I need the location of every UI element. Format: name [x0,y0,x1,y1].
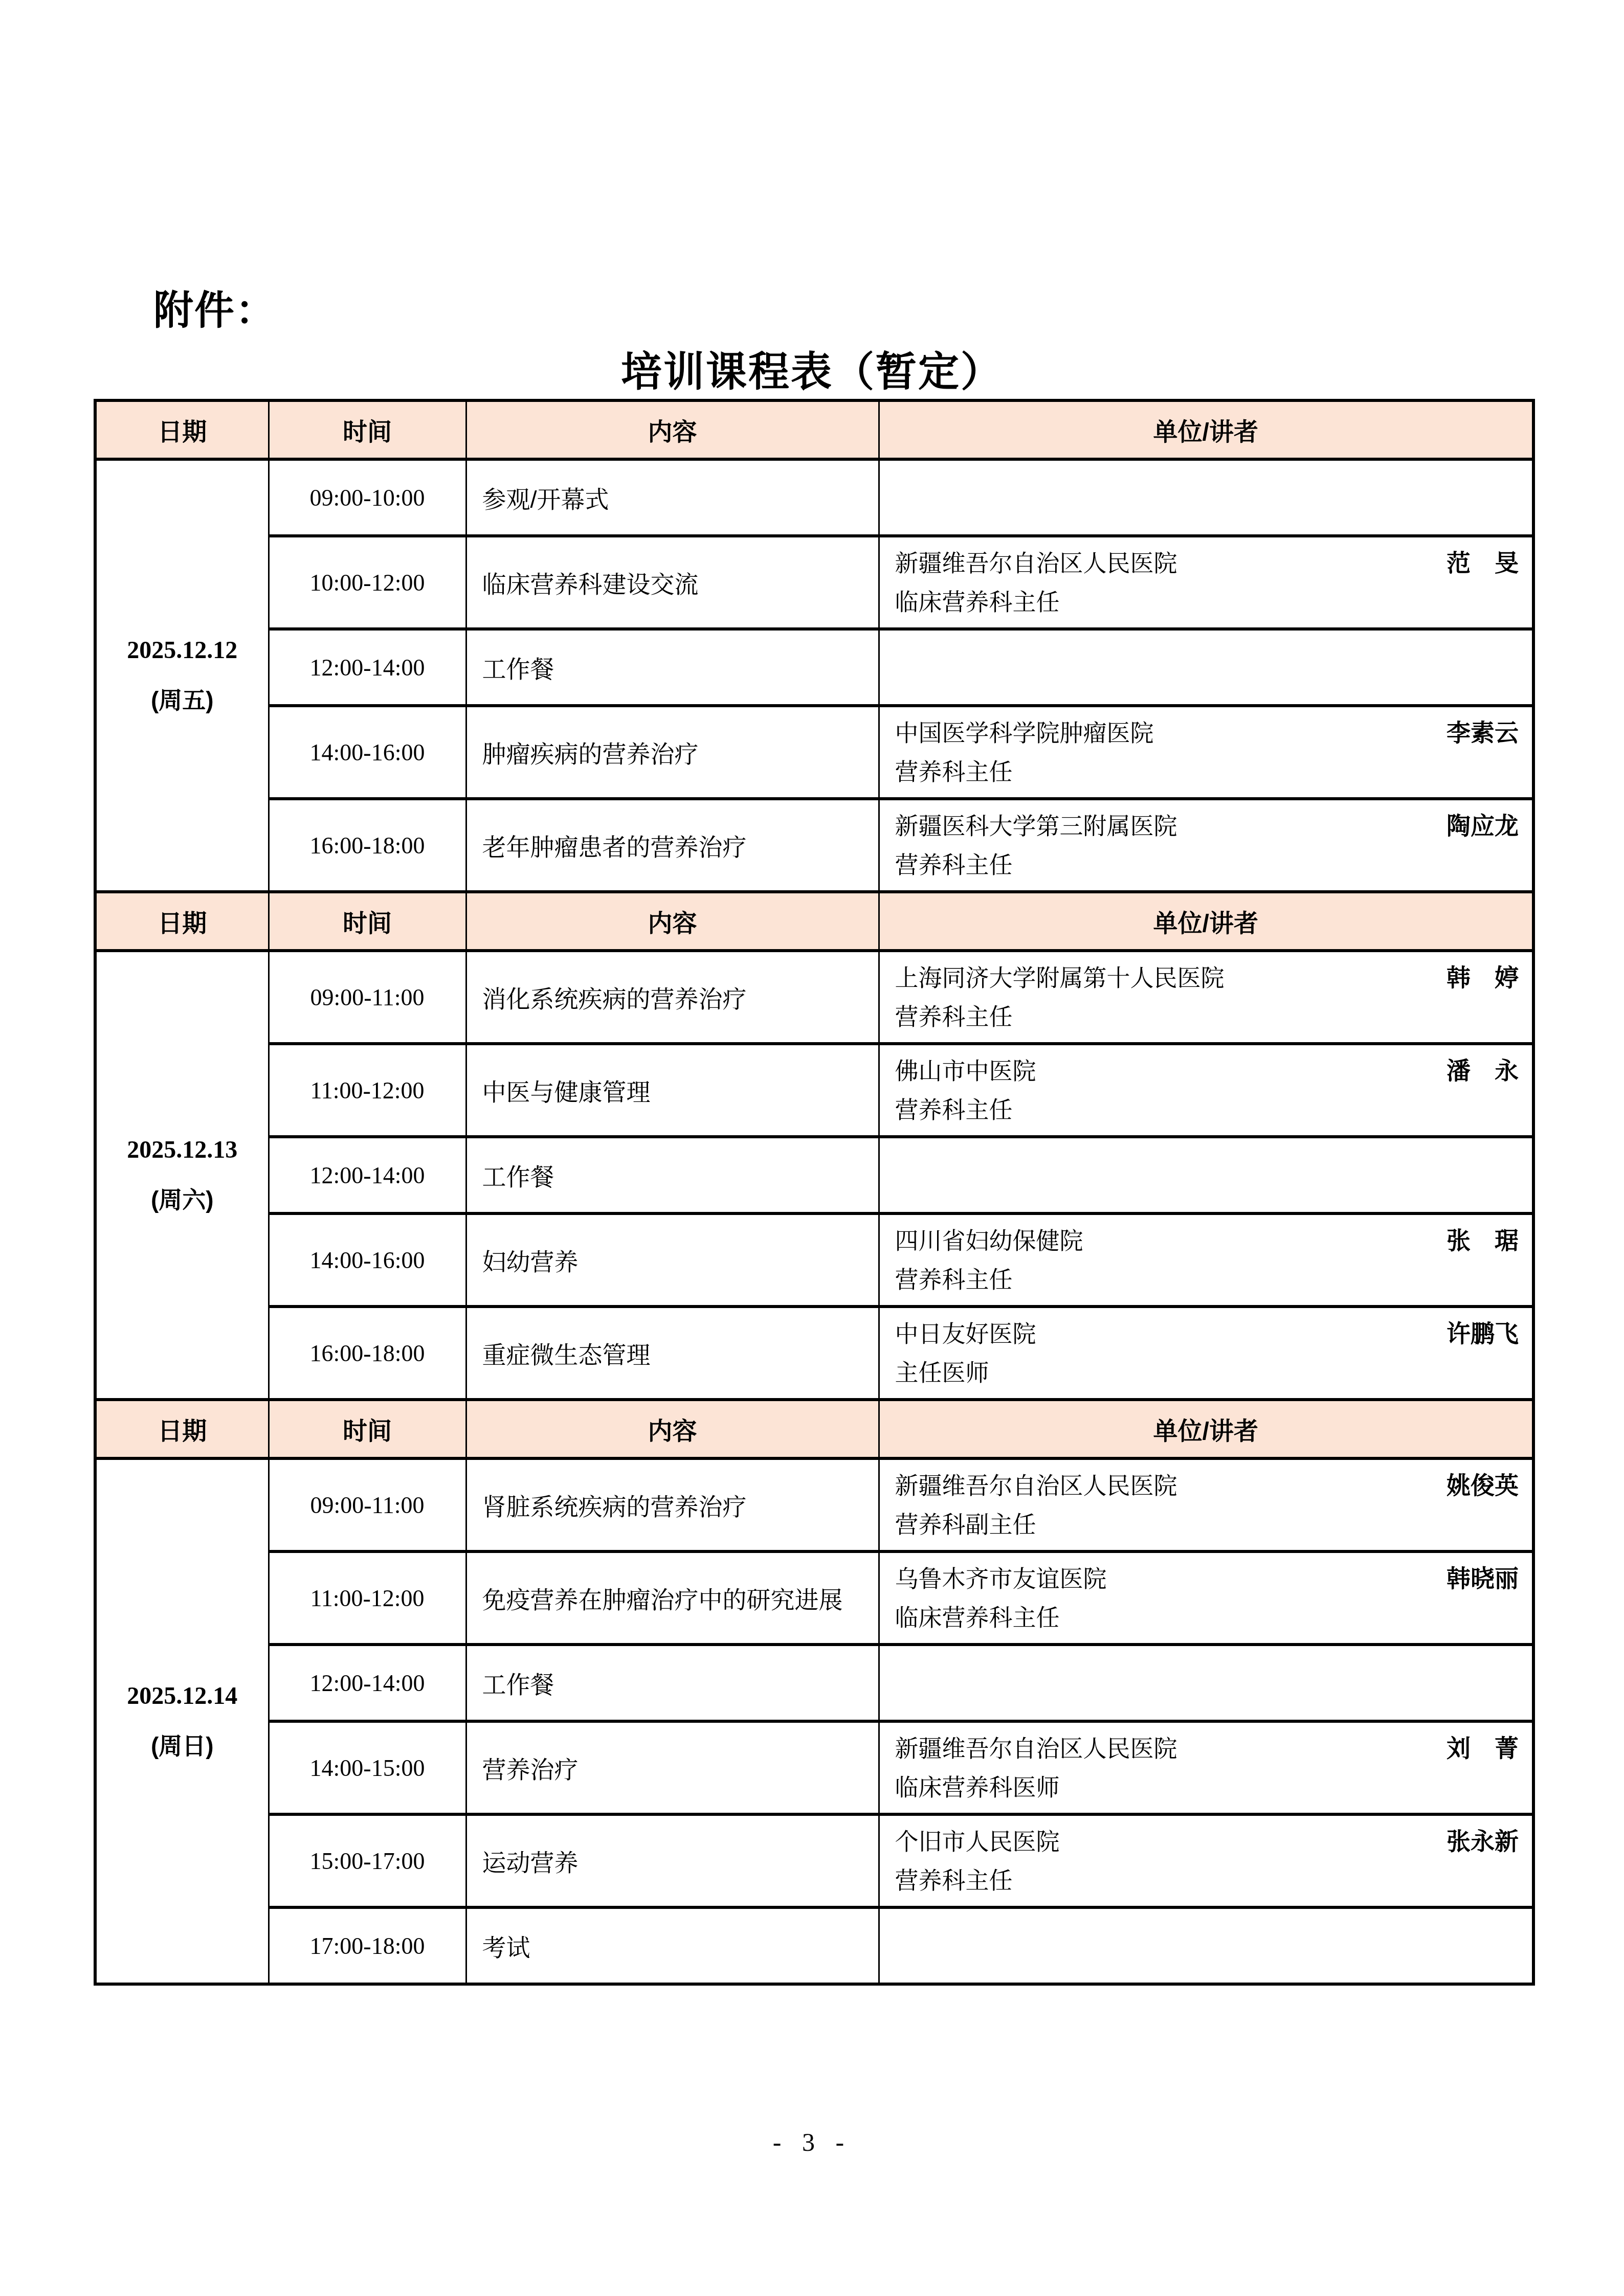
schedule-row: 12:00-14:00工作餐 [95,1645,1533,1721]
speaker-name: 姚俊英 [1447,1466,1519,1505]
org-name: 新疆维吾尔自治区人民医院 [895,544,1177,582]
content-cell: 消化系统疾病的营养治疗 [466,951,879,1044]
time-cell: 10:00-12:00 [269,536,466,629]
org-name: 中国医学科学院肿瘤医院 [895,713,1154,752]
org-speaker-cell: 个旧市人民医院张永新营养科主任 [879,1814,1533,1907]
header-cell-date: 日期 [95,892,269,951]
org-title: 营养科主任 [895,845,1519,884]
page-title: 培训课程表（暂定） [0,339,1624,397]
org-title: 营养科主任 [895,1260,1519,1299]
org-title: 临床营养科主任 [895,582,1519,621]
date-cell: 2025.12.12(周五) [95,459,269,892]
org-name: 乌鲁木齐市友谊医院 [895,1559,1107,1598]
schedule-row: 14:00-16:00妇幼营养四川省妇幼保健院张 琚营养科主任 [95,1213,1533,1307]
org-name: 新疆维吾尔自治区人民医院 [895,1729,1177,1768]
org-speaker-cell [879,1645,1533,1721]
speaker-name: 许鹏飞 [1447,1314,1519,1353]
speaker-name: 张永新 [1447,1822,1519,1861]
speaker-name: 刘 菁 [1447,1729,1519,1768]
org-name: 四川省妇幼保健院 [895,1221,1083,1260]
org-line: 上海同济大学附属第十人民医院韩 婷 [895,958,1519,997]
schedule-row: 16:00-18:00老年肿瘤患者的营养治疗新疆医科大学第三附属医院陶应龙营养科… [95,799,1533,892]
org-line: 新疆维吾尔自治区人民医院姚俊英 [895,1466,1519,1505]
time-cell: 14:00-16:00 [269,706,466,799]
time-cell: 12:00-14:00 [269,1645,466,1721]
speaker-name: 李素云 [1447,713,1519,752]
time-cell: 16:00-18:00 [269,1307,466,1400]
org-speaker-cell [879,459,1533,536]
org-speaker-cell [879,629,1533,706]
org-speaker-cell: 新疆维吾尔自治区人民医院刘 菁临床营养科医师 [879,1721,1533,1814]
org-title: 临床营养科主任 [895,1598,1519,1637]
content-cell: 工作餐 [466,629,879,706]
org-line: 新疆维吾尔自治区人民医院刘 菁 [895,1729,1519,1768]
content-cell: 免疫营养在肿瘤治疗中的研究进展 [466,1551,879,1645]
header-cell-time: 时间 [269,892,466,951]
schedule-row: 11:00-12:00免疫营养在肿瘤治疗中的研究进展乌鲁木齐市友谊医院韩晓丽临床… [95,1551,1533,1645]
content-cell: 中医与健康管理 [466,1044,879,1137]
speaker-name: 潘 永 [1447,1051,1519,1090]
schedule-header-row: 日期时间内容单位/讲者 [95,1400,1533,1458]
schedule-header-row: 日期时间内容单位/讲者 [95,892,1533,951]
org-speaker-cell: 中国医学科学院肿瘤医院李素云营养科主任 [879,706,1533,799]
speaker-name: 张 琚 [1447,1221,1519,1260]
schedule-row: 2025.12.13(周六)09:00-11:00消化系统疾病的营养治疗上海同济… [95,951,1533,1044]
date-text: 2025.12.14 [97,1682,268,1710]
header-cell-content: 内容 [466,892,879,951]
time-cell: 15:00-17:00 [269,1814,466,1907]
org-line: 个旧市人民医院张永新 [895,1822,1519,1861]
org-speaker-cell: 四川省妇幼保健院张 琚营养科主任 [879,1213,1533,1307]
header-cell-date: 日期 [95,1400,269,1458]
time-cell: 11:00-12:00 [269,1044,466,1137]
org-title: 营养科主任 [895,997,1519,1036]
org-title: 营养科主任 [895,1861,1519,1900]
header-cell-speaker: 单位/讲者 [879,892,1533,951]
date-text: 2025.12.12 [97,636,268,664]
speaker-name: 范 旻 [1447,544,1519,582]
content-cell: 工作餐 [466,1645,879,1721]
time-cell: 14:00-16:00 [269,1213,466,1307]
content-cell: 老年肿瘤患者的营养治疗 [466,799,879,892]
org-title: 临床营养科医师 [895,1768,1519,1807]
org-line: 中日友好医院许鹏飞 [895,1314,1519,1353]
attachment-label: 附件： [153,279,276,336]
date-cell: 2025.12.13(周六) [95,951,269,1400]
weekday-text: (周五) [97,682,268,715]
time-cell: 17:00-18:00 [269,1907,466,1984]
schedule-header-row: 日期时间内容单位/讲者 [95,400,1533,459]
schedule-row: 10:00-12:00临床营养科建设交流新疆维吾尔自治区人民医院范 旻临床营养科… [95,536,1533,629]
org-title: 营养科副主任 [895,1505,1519,1544]
org-speaker-cell: 新疆医科大学第三附属医院陶应龙营养科主任 [879,799,1533,892]
time-cell: 09:00-11:00 [269,951,466,1044]
time-cell: 09:00-10:00 [269,459,466,536]
header-cell-content: 内容 [466,1400,879,1458]
schedule-row: 17:00-18:00考试 [95,1907,1533,1984]
org-name: 新疆医科大学第三附属医院 [895,806,1177,845]
schedule-table: 日期时间内容单位/讲者2025.12.12(周五)09:00-10:00参观/开… [94,399,1535,1986]
header-cell-speaker: 单位/讲者 [879,1400,1533,1458]
schedule-row: 12:00-14:00工作餐 [95,1137,1533,1213]
speaker-name: 韩 婷 [1447,958,1519,997]
org-line: 四川省妇幼保健院张 琚 [895,1221,1519,1260]
schedule-row: 2025.12.14(周日)09:00-11:00肾脏系统疾病的营养治疗新疆维吾… [95,1458,1533,1551]
content-cell: 临床营养科建设交流 [466,536,879,629]
time-cell: 14:00-15:00 [269,1721,466,1814]
org-line: 中国医学科学院肿瘤医院李素云 [895,713,1519,752]
org-speaker-cell: 乌鲁木齐市友谊医院韩晓丽临床营养科主任 [879,1551,1533,1645]
org-name: 中日友好医院 [895,1314,1036,1353]
schedule-row: 14:00-16:00肿瘤疾病的营养治疗中国医学科学院肿瘤医院李素云营养科主任 [95,706,1533,799]
weekday-text: (周六) [97,1181,268,1215]
org-line: 新疆医科大学第三附属医院陶应龙 [895,806,1519,845]
org-title: 营养科主任 [895,1090,1519,1129]
speaker-name: 陶应龙 [1447,806,1519,845]
org-name: 个旧市人民医院 [895,1822,1060,1861]
org-title: 主任医师 [895,1353,1519,1392]
schedule-row: 16:00-18:00重症微生态管理中日友好医院许鹏飞主任医师 [95,1307,1533,1400]
org-title: 营养科主任 [895,752,1519,791]
org-name: 新疆维吾尔自治区人民医院 [895,1466,1177,1505]
header-cell-date: 日期 [95,400,269,459]
org-speaker-cell: 新疆维吾尔自治区人民医院姚俊英营养科副主任 [879,1458,1533,1551]
org-line: 乌鲁木齐市友谊医院韩晓丽 [895,1559,1519,1598]
header-cell-time: 时间 [269,400,466,459]
org-line: 新疆维吾尔自治区人民医院范 旻 [895,544,1519,582]
time-cell: 12:00-14:00 [269,629,466,706]
time-cell: 11:00-12:00 [269,1551,466,1645]
org-name: 佛山市中医院 [895,1051,1036,1090]
weekday-text: (周日) [97,1727,268,1761]
org-speaker-cell [879,1137,1533,1213]
schedule-row: 2025.12.12(周五)09:00-10:00参观/开幕式 [95,459,1533,536]
content-cell: 工作餐 [466,1137,879,1213]
document-page: 附件： 培训课程表（暂定） 日期时间内容单位/讲者2025.12.12(周五)0… [0,0,1624,2296]
org-speaker-cell: 上海同济大学附属第十人民医院韩 婷营养科主任 [879,951,1533,1044]
org-line: 佛山市中医院潘 永 [895,1051,1519,1090]
content-cell: 参观/开幕式 [466,459,879,536]
time-cell: 12:00-14:00 [269,1137,466,1213]
speaker-name: 韩晓丽 [1447,1559,1519,1598]
time-cell: 09:00-11:00 [269,1458,466,1551]
page-number: - 3 - [0,2127,1624,2157]
date-text: 2025.12.13 [97,1136,268,1164]
date-cell: 2025.12.14(周日) [95,1458,269,1984]
header-cell-speaker: 单位/讲者 [879,400,1533,459]
org-speaker-cell [879,1907,1533,1984]
schedule-row: 15:00-17:00运动营养个旧市人民医院张永新营养科主任 [95,1814,1533,1907]
org-speaker-cell: 佛山市中医院潘 永营养科主任 [879,1044,1533,1137]
content-cell: 肾脏系统疾病的营养治疗 [466,1458,879,1551]
header-cell-time: 时间 [269,1400,466,1458]
time-cell: 16:00-18:00 [269,799,466,892]
schedule-row: 14:00-15:00营养治疗新疆维吾尔自治区人民医院刘 菁临床营养科医师 [95,1721,1533,1814]
org-speaker-cell: 新疆维吾尔自治区人民医院范 旻临床营养科主任 [879,536,1533,629]
content-cell: 妇幼营养 [466,1213,879,1307]
content-cell: 考试 [466,1907,879,1984]
content-cell: 肿瘤疾病的营养治疗 [466,706,879,799]
org-name: 上海同济大学附属第十人民医院 [895,958,1225,997]
content-cell: 营养治疗 [466,1721,879,1814]
org-speaker-cell: 中日友好医院许鹏飞主任医师 [879,1307,1533,1400]
header-cell-content: 内容 [466,400,879,459]
content-cell: 重症微生态管理 [466,1307,879,1400]
content-cell: 运动营养 [466,1814,879,1907]
schedule-row: 12:00-14:00工作餐 [95,629,1533,706]
schedule-row: 11:00-12:00中医与健康管理佛山市中医院潘 永营养科主任 [95,1044,1533,1137]
